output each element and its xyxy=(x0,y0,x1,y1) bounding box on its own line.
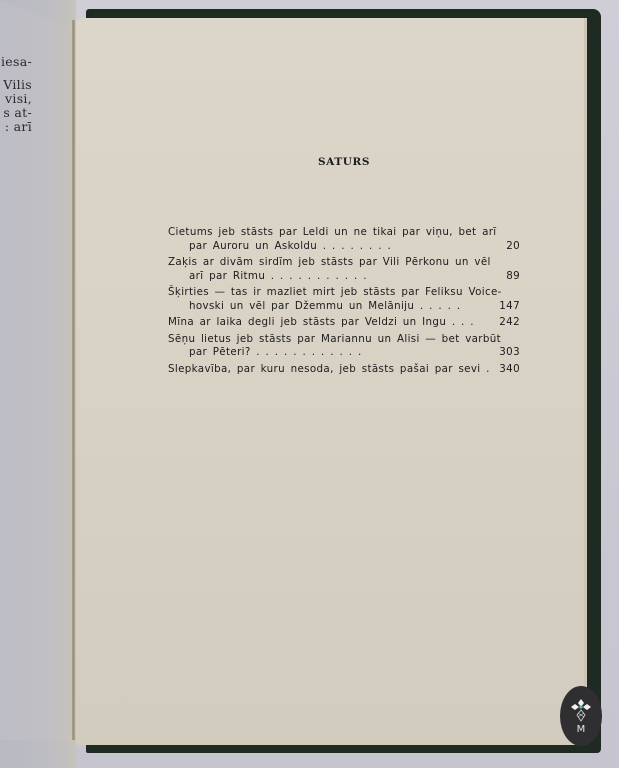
toc-entry-title: Zaķis ar divām sirdīm jeb stāsts par Vil… xyxy=(168,256,486,270)
toc-entry: Zaķis ar divām sirdīm jeb stāsts par Vil… xyxy=(168,256,520,283)
toc-page-number: 89 xyxy=(506,270,520,284)
toc-entry-title: Cietums jeb stāsts par Leldi un ne tikai… xyxy=(168,226,486,240)
toc-page-number: 20 xyxy=(506,240,520,254)
toc-page-number: 147 xyxy=(499,300,520,314)
toc-entry-title-continued: par Pēteri? . . . . . . . . . . . . xyxy=(168,346,486,360)
left-page-text-fragment: iesa- Vilis visi, s at- : arī xyxy=(1,55,32,134)
flower-m-logo-icon: M xyxy=(560,686,602,746)
svg-text:M: M xyxy=(577,724,586,735)
toc-entry-title: Mīna ar laika degli jeb stāsts par Veldz… xyxy=(168,316,486,330)
left-line: s at- xyxy=(1,106,32,120)
toc-page-number: 242 xyxy=(499,316,520,330)
toc-page-number: 303 xyxy=(499,346,520,360)
left-line: : arī xyxy=(1,120,32,134)
toc-entry-title: Slepkavība, par kuru nesoda, jeb stāsts … xyxy=(168,363,486,377)
toc-entry: Šķirties — tas ir mazliet mirt jeb stāst… xyxy=(168,286,520,313)
toc-entry-title-continued: hovski un vēl par Džemmu un Melāniju . .… xyxy=(168,300,486,314)
left-line: Vilis xyxy=(1,78,32,92)
page-edge xyxy=(584,18,587,745)
toc-entry: Sēņu lietus jeb stāsts par Mariannu un A… xyxy=(168,333,520,360)
right-page: SATURS Cietums jeb stāsts par Leldi un n… xyxy=(76,18,584,745)
left-page: iesa- Vilis visi, s at- : arī xyxy=(0,0,76,768)
toc-page-number: 340 xyxy=(499,363,520,377)
toc-title: SATURS xyxy=(168,156,520,168)
toc-entry-title: Šķirties — tas ir mazliet mirt jeb stāst… xyxy=(168,286,486,300)
toc-entry: Cietums jeb stāsts par Leldi un ne tikai… xyxy=(168,226,520,253)
toc-entry: Slepkavība, par kuru nesoda, jeb stāsts … xyxy=(168,363,520,377)
book-gutter xyxy=(72,20,75,740)
watermark-logo: M xyxy=(560,686,602,746)
toc-entry-title: Sēņu lietus jeb stāsts par Mariannu un A… xyxy=(168,333,486,347)
left-line: visi, xyxy=(1,92,32,106)
toc-entries: Cietums jeb stāsts par Leldi un ne tikai… xyxy=(168,226,520,379)
toc-entry-title-continued: par Auroru un Askoldu . . . . . . . . xyxy=(168,240,486,254)
toc-entry: Mīna ar laika degli jeb stāsts par Veldz… xyxy=(168,316,520,330)
toc-entry-title-continued: arī par Ritmu . . . . . . . . . . . xyxy=(168,270,486,284)
left-line: iesa- xyxy=(1,55,32,69)
